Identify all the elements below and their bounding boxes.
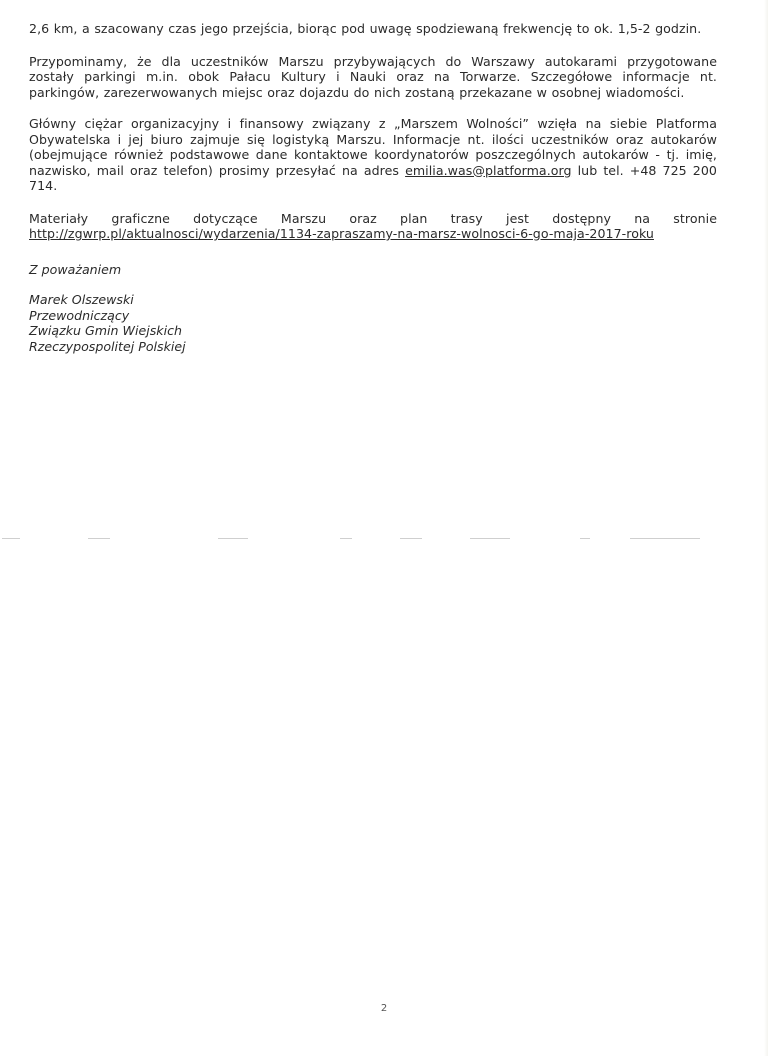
- signatory-org-line1: Związku Gmin Wiejskich: [29, 323, 717, 339]
- materials-url-link[interactable]: http://zgwrp.pl/aktualnosci/wydarzenia/1…: [29, 226, 654, 241]
- paragraph-route-length: 2,6 km, a szacowany czas jego przejścia,…: [29, 21, 717, 37]
- paragraph-organization-contact: Główny ciężar organizacyjny i finansowy …: [29, 116, 717, 194]
- email-link[interactable]: emilia.was@platforma.org: [405, 163, 572, 178]
- paragraph-parking-info: Przypominamy, że dla uczestników Marszu …: [29, 54, 717, 101]
- document-page: 2,6 km, a szacowany czas jego przejścia,…: [29, 21, 717, 354]
- page-number: 2: [0, 1003, 768, 1014]
- scan-artifact-line: [0, 528, 768, 548]
- signatory-org-line2: Rzeczypospolitej Polskiej: [29, 339, 717, 355]
- signatory-title: Przewodniczący: [29, 308, 717, 324]
- scan-edge-shadow: [764, 0, 768, 1056]
- materials-text: Materiały graficzne dotyczące Marszu ora…: [29, 211, 717, 227]
- signature-block: Marek Olszewski Przewodniczący Związku G…: [29, 292, 717, 354]
- paragraph-materials: Materiały graficzne dotyczące Marszu ora…: [29, 211, 717, 242]
- signatory-name: Marek Olszewski: [29, 292, 717, 308]
- closing-salutation: Z poważaniem: [29, 262, 717, 278]
